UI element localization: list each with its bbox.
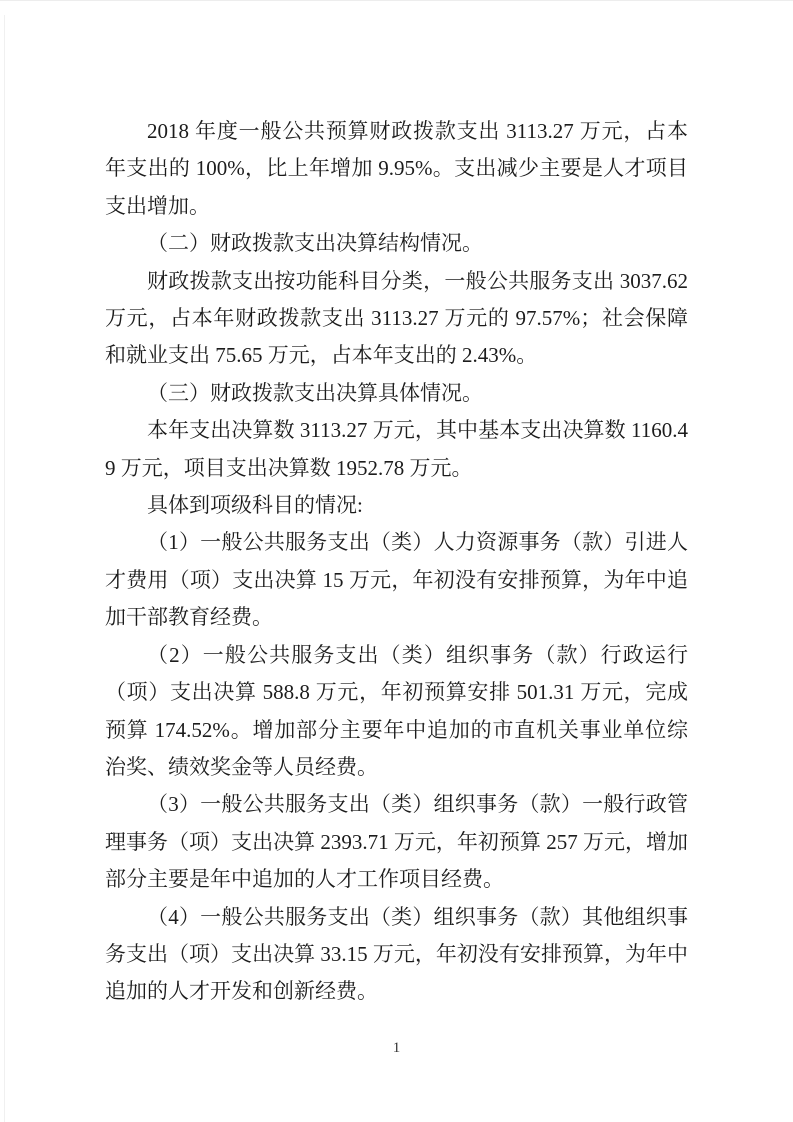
scan-edge-artifact (4, 15, 5, 1122)
heading-section-2: （二）财政拨款支出决算结构情况。 (105, 225, 688, 262)
document-page: 2018 年度一般公共预算财政拨款支出 3113.27 万元，占本年支出的 10… (0, 0, 793, 1122)
paragraph-expenditure-summary: 2018 年度一般公共预算财政拨款支出 3113.27 万元，占本年支出的 10… (105, 113, 688, 225)
page-number: 1 (0, 1039, 793, 1057)
document-body: 2018 年度一般公共预算财政拨款支出 3113.27 万元，占本年支出的 10… (105, 113, 688, 1011)
paragraph-item-2: （2）一般公共服务支出（类）组织事务（款）行政运行（项）支出决算 588.8 万… (105, 637, 688, 787)
paragraph-item-1: （1）一般公共服务支出（类）人力资源事务（款）引进人才费用（项）支出决算 15 … (105, 524, 688, 636)
paragraph-item-level-intro: 具体到项级科目的情况: (105, 487, 688, 524)
paragraph-item-3: （3）一般公共服务支出（类）组织事务（款）一般行政管理事务（项）支出决算 239… (105, 786, 688, 898)
paragraph-structure-detail: 财政拨款支出按功能科目分类，一般公共服务支出 3037.62 万元，占本年财政拨… (105, 263, 688, 375)
paragraph-final-accounts: 本年支出决算数 3113.27 万元，其中基本支出决算数 1160.49 万元，… (105, 412, 688, 487)
heading-section-3: （三）财政拨款支出决算具体情况。 (105, 375, 688, 412)
paragraph-item-4: （4）一般公共服务支出（类）组织事务（款）其他组织事务支出（项）支出决算 33.… (105, 899, 688, 1011)
